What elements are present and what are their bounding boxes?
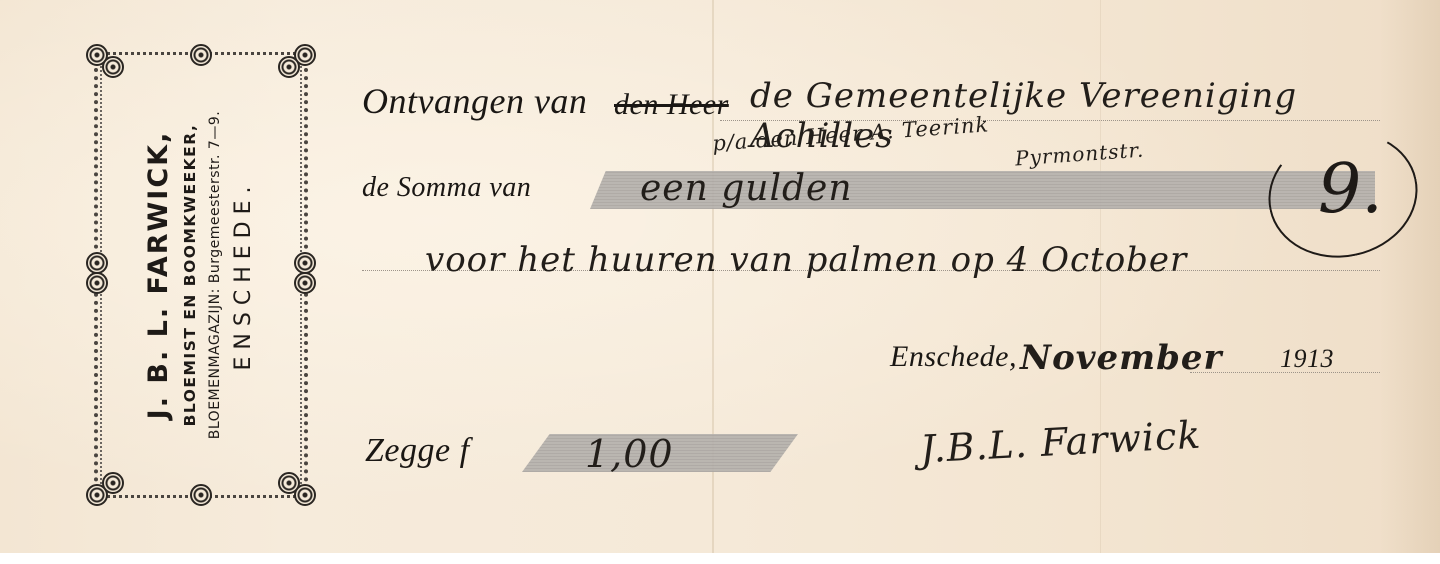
purpose-text: voor het huuren van palmen op 4 October xyxy=(425,240,1187,280)
signature: J.B.L. Farwick xyxy=(919,413,1202,472)
place-label: Enschede, xyxy=(890,340,1017,374)
rose-ornament-icon xyxy=(190,44,212,66)
rose-ornament-icon xyxy=(86,252,108,274)
business-trade: BLOEMIST EN BOOMKWEEKER, xyxy=(177,124,203,427)
amount-value: 1,00 xyxy=(585,432,674,476)
letterhead-panel: J. B. L. FARWICK, BLOEMIST EN BOOMKWEEKE… xyxy=(86,44,316,506)
rose-ornament-icon xyxy=(86,272,108,294)
received-from-struck: den Heer xyxy=(614,88,729,122)
sum-written: een gulden xyxy=(640,168,853,209)
rose-ornament-icon xyxy=(102,56,124,78)
rose-ornament-icon xyxy=(294,252,316,274)
sum-label: de Somma van xyxy=(362,172,531,204)
rose-ornament-icon xyxy=(190,484,212,506)
business-name: J. B. L. FARWICK, xyxy=(141,131,177,420)
rose-ornament-icon xyxy=(278,472,300,494)
rose-ornament-icon xyxy=(102,472,124,494)
letterhead-text: J. B. L. FARWICK, BLOEMIST EN BOOMKWEEKE… xyxy=(126,65,276,485)
rose-ornament-icon xyxy=(278,56,300,78)
rose-ornament-icon xyxy=(294,272,316,294)
receipt-paper: J. B. L. FARWICK, BLOEMIST EN BOOMKWEEKE… xyxy=(0,0,1440,553)
amount-label: Zegge f xyxy=(365,432,470,470)
business-address: BLOEMENMAGAZIJN: Burgemeesterstr. 7—9. xyxy=(203,111,227,439)
circled-number: 9. xyxy=(1318,150,1383,229)
date-year: 1913 xyxy=(1280,344,1334,374)
business-city: ENSCHEDE. xyxy=(227,180,261,371)
received-from-label: Ontvangen van xyxy=(362,80,587,122)
